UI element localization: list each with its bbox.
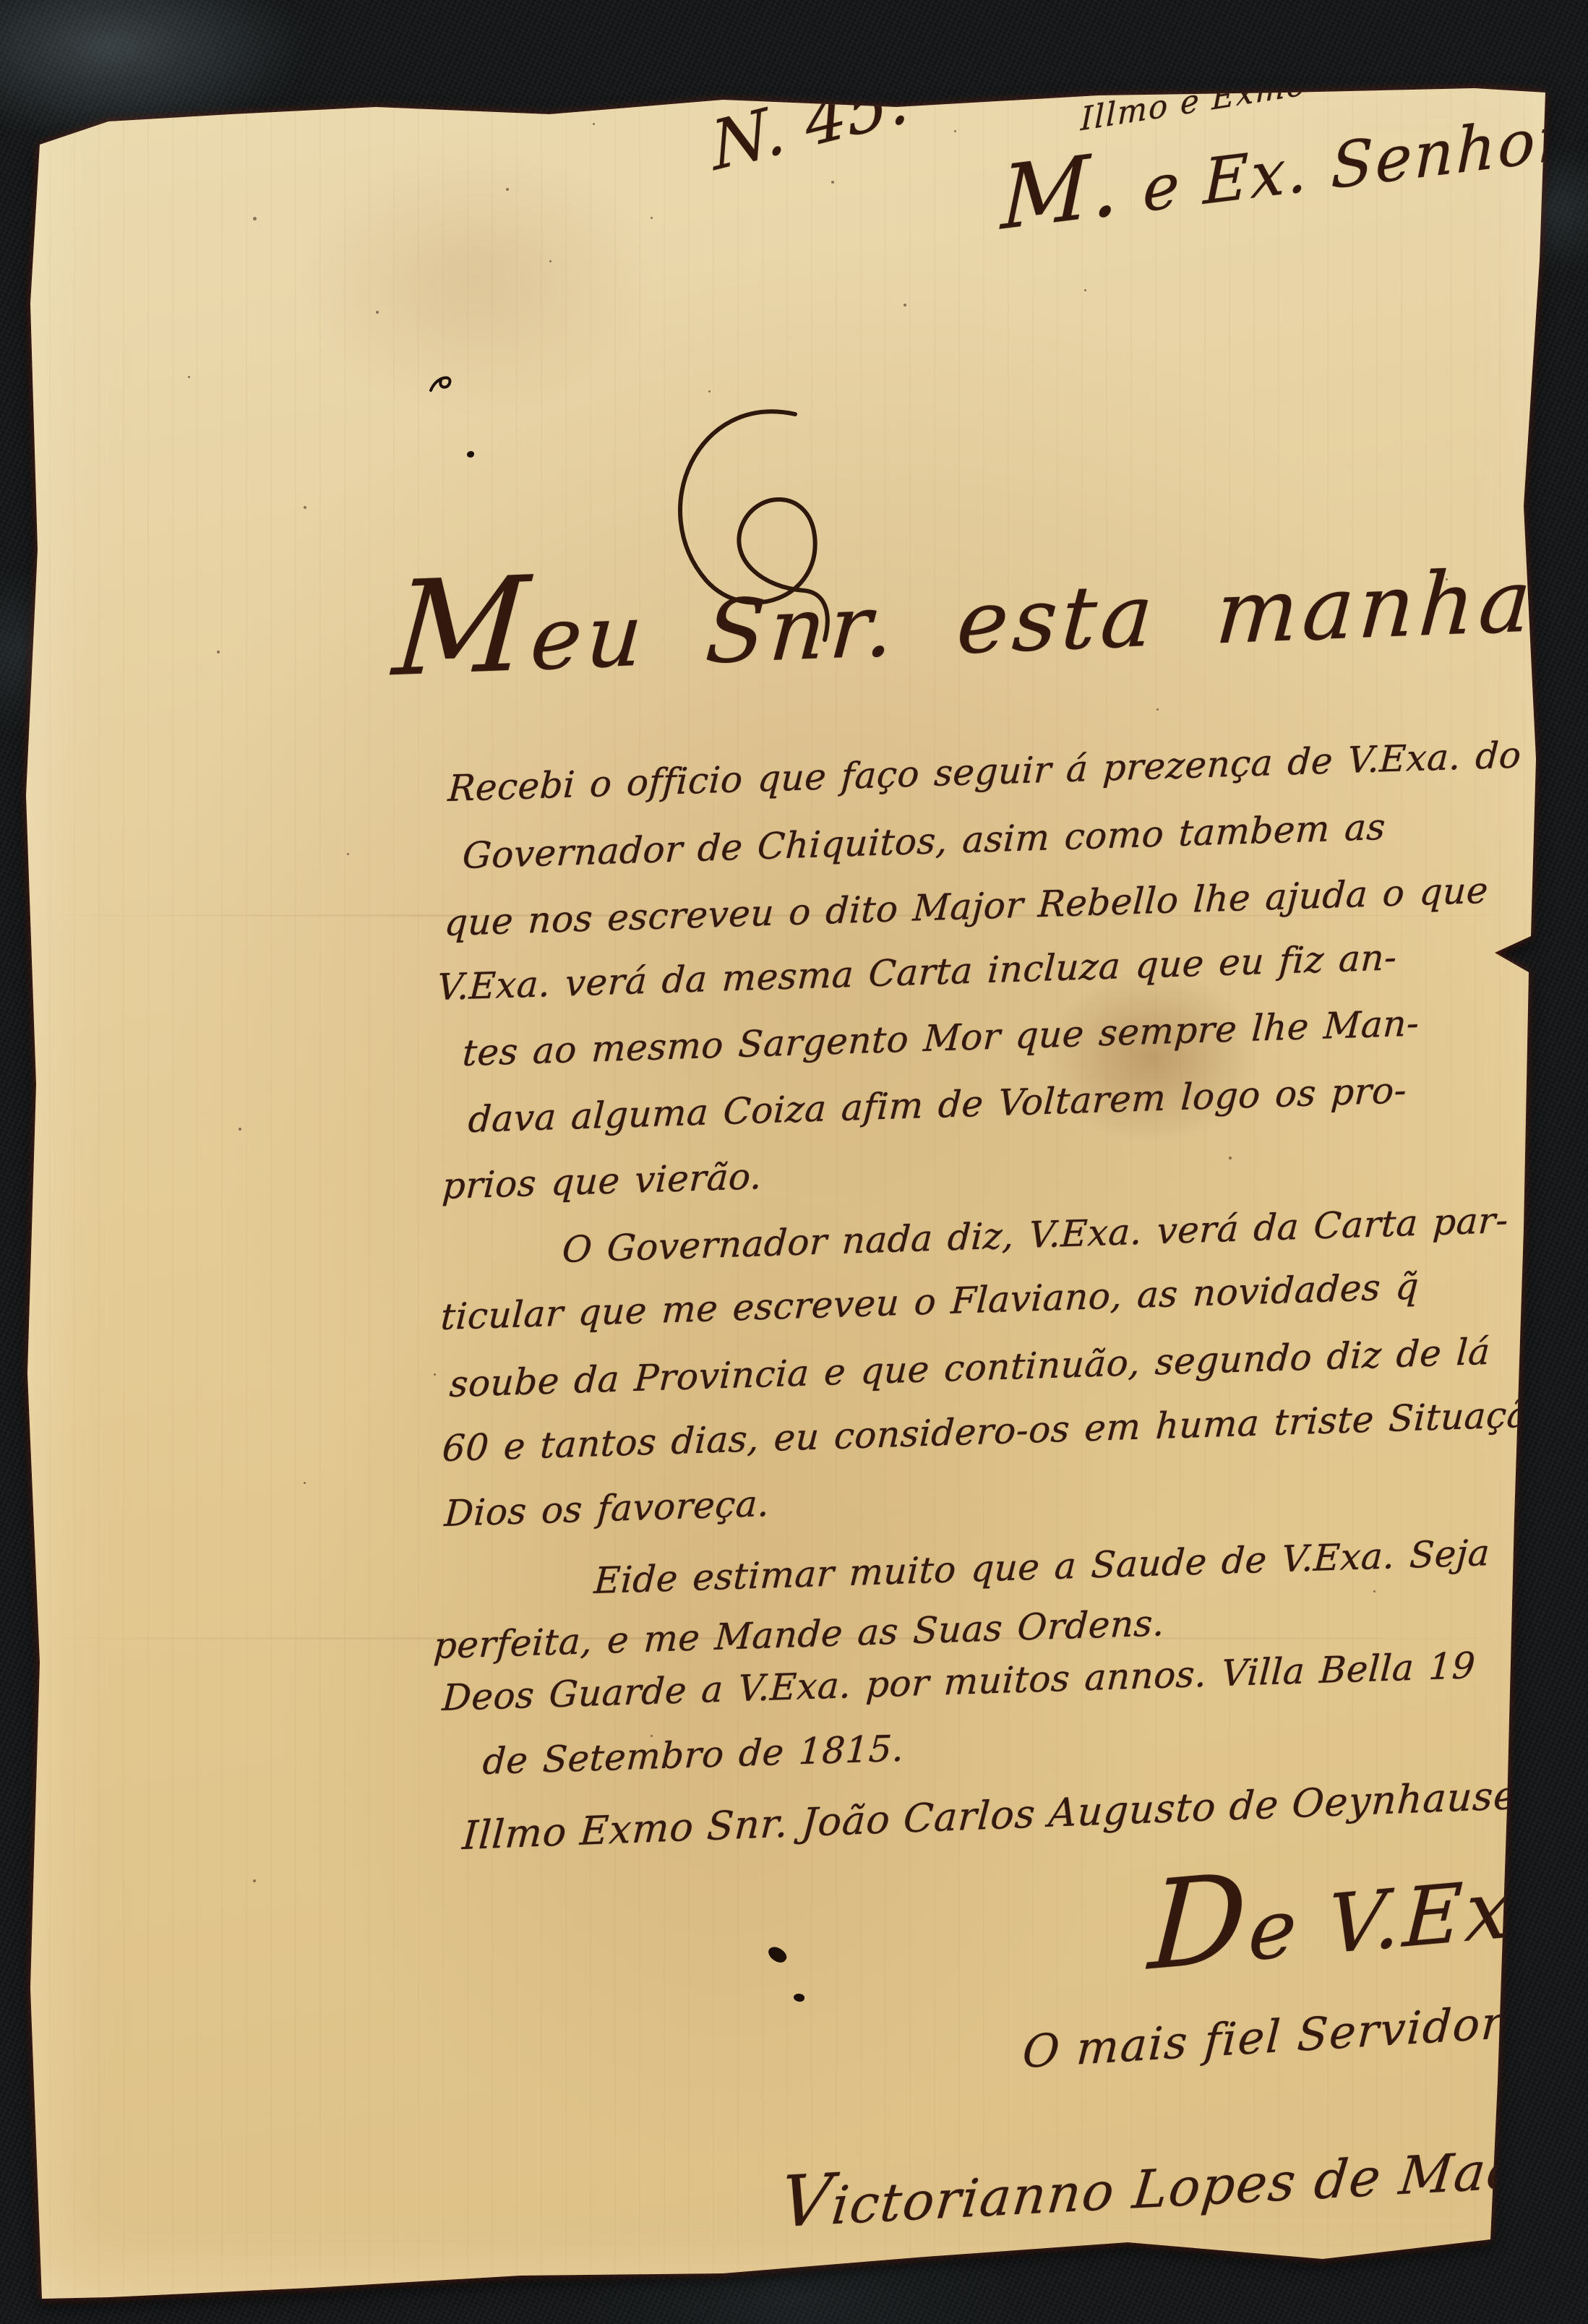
foxing-speck [304,1482,306,1484]
foxing-speck [1446,578,1448,580]
foxing-speck [239,1128,241,1131]
foxing-speck [904,304,906,306]
foxing-speck [549,260,551,262]
foxing-speck [347,853,349,855]
foxing-speck [253,217,257,220]
foxing-speck [1084,289,1086,291]
letter-paper: N. 45. Illmo e Exmo M. e Ex. Senhor. Meu… [0,0,1588,2324]
paper-wrapper: N. 45. Illmo e Exmo M. e Ex. Senhor. Meu… [0,0,1588,2324]
foxing-speck [708,390,711,393]
foxing-speck [304,506,306,509]
foxing-speck [253,1879,256,1882]
foxing-speck [1229,1157,1232,1159]
foxing-speck [1156,708,1159,711]
ink-squiggle-path [431,378,450,390]
foxing-speck [651,1735,653,1737]
valediction-line: De V.Exa. [1146,1839,1588,1989]
foxing-speck [376,311,379,314]
foxing-speck [434,1373,436,1376]
foxing-speck [1373,1590,1375,1592]
paper-shading [0,0,1588,2324]
foxing-speck [593,123,595,125]
ink-squiggle [426,370,461,396]
foxing-speck [651,217,653,219]
foxing-speck [831,181,834,184]
foxing-speck [506,188,509,191]
backdrop-cloth: N. 45. Illmo e Exmo M. e Ex. Senhor. Meu… [0,0,1588,2324]
foxing-speck [217,651,220,653]
foxing-speck [188,376,190,378]
foxing-speck [954,130,956,132]
ink-blot [467,451,474,458]
